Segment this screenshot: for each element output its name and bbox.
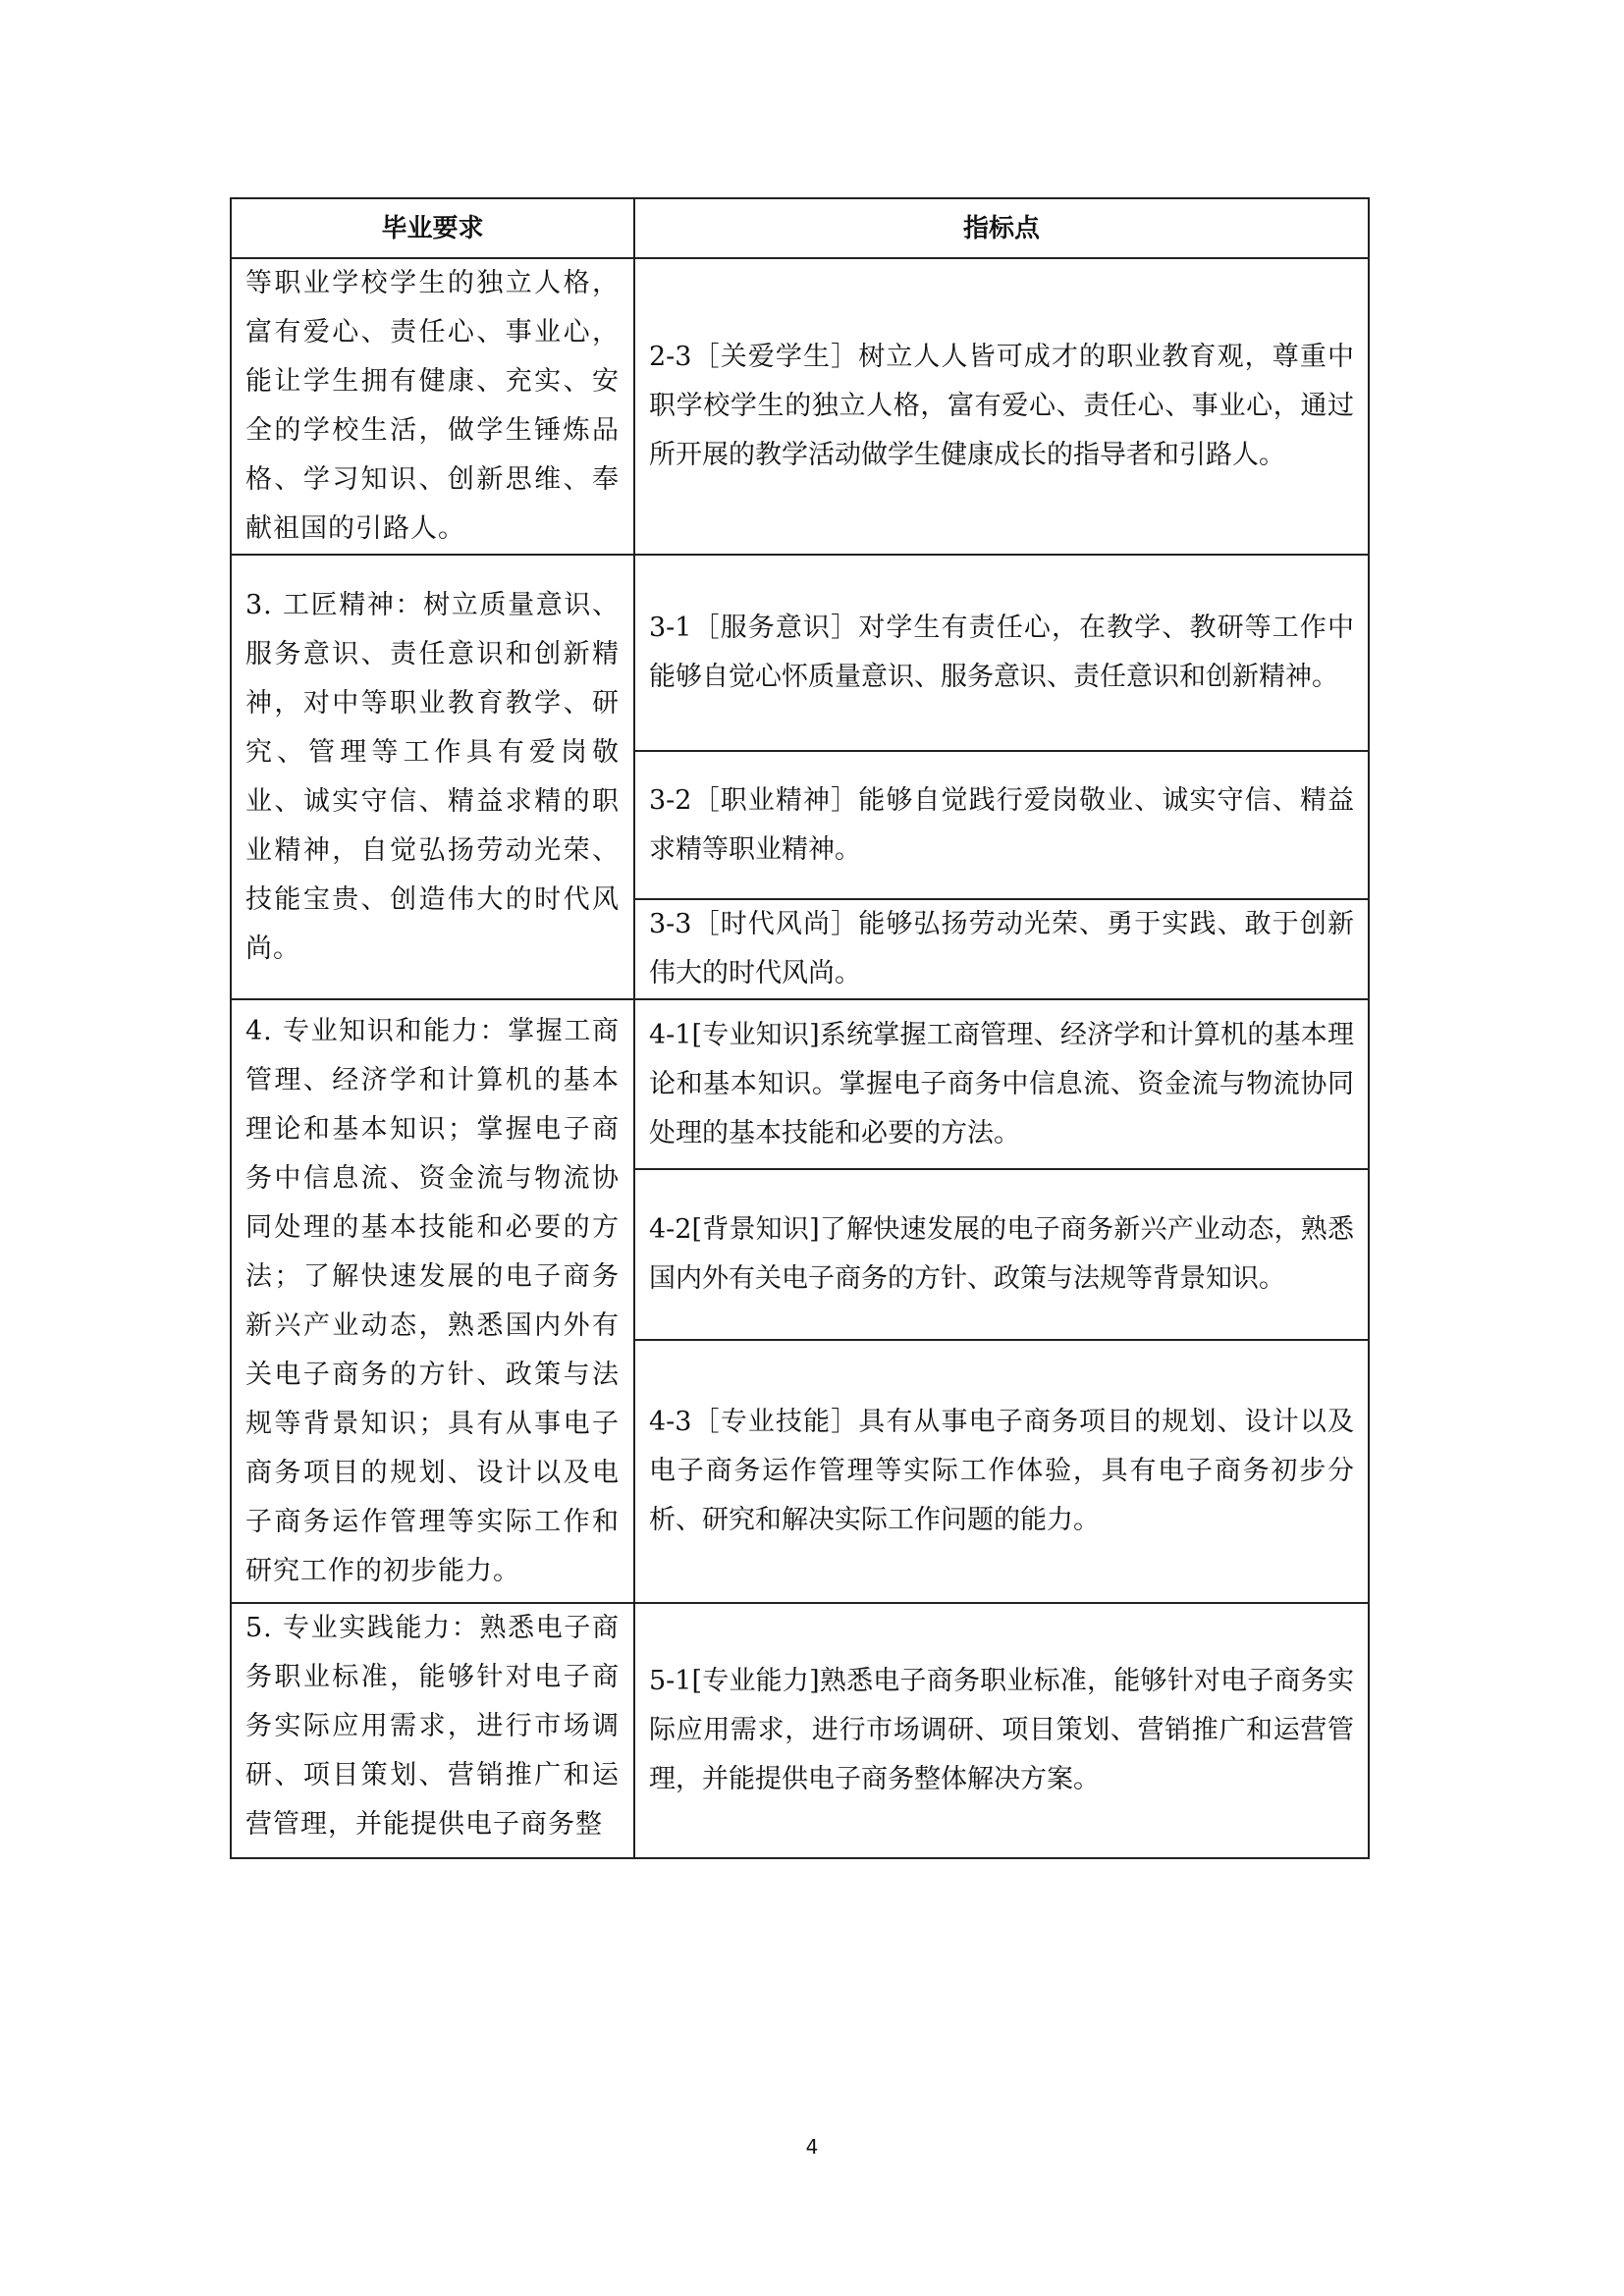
requirement-cell: 3. 工匠精神：树立质量意识、服务意识、责任意识和创新精神，对中等职业教育教学、… — [231, 555, 634, 999]
table-row: 3. 工匠精神：树立质量意识、服务意识、责任意识和创新精神，对中等职业教育教学、… — [231, 555, 1369, 751]
document-page: 毕业要求 指标点 等职业学校学生的独立人格，富有爱心、责任心、事业心，能让学生拥… — [0, 0, 1624, 2296]
page-number: 4 — [0, 2135, 1624, 2159]
indicator-cell: 3-2［职业精神］能够自觉践行爱岗敬业、诚实守信、精益求精等职业精神。 — [634, 751, 1369, 899]
indicator-cell: 2-3［关爱学生］树立人人皆可成才的职业教育观，尊重中职学校学生的独立人格，富有… — [634, 258, 1369, 555]
table-row: 5. 专业实践能力：熟悉电子商务职业标准，能够针对电子商务实际应用需求，进行市场… — [231, 1603, 1369, 1858]
indicator-cell: 3-1［服务意识］对学生有责任心，在教学、教研等工作中能够自觉心怀质量意识、服务… — [634, 555, 1369, 751]
table-row: 等职业学校学生的独立人格，富有爱心、责任心、事业心，能让学生拥有健康、充实、安全… — [231, 258, 1369, 555]
table-row: 4. 专业知识和能力：掌握工商管理、经济学和计算机的基本理论和基本知识；掌握电子… — [231, 999, 1369, 1169]
table-header-row: 毕业要求 指标点 — [231, 198, 1369, 258]
indicator-cell: 4-1[专业知识]系统掌握工商管理、经济学和计算机的基本理论和基本知识。掌握电子… — [634, 999, 1369, 1169]
header-requirement: 毕业要求 — [231, 198, 634, 258]
requirement-cell: 4. 专业知识和能力：掌握工商管理、经济学和计算机的基本理论和基本知识；掌握电子… — [231, 999, 634, 1603]
graduation-requirements-table: 毕业要求 指标点 等职业学校学生的独立人格，富有爱心、责任心、事业心，能让学生拥… — [230, 197, 1370, 1859]
requirement-cell: 5. 专业实践能力：熟悉电子商务职业标准，能够针对电子商务实际应用需求，进行市场… — [231, 1603, 634, 1858]
indicator-cell: 3-3［时代风尚］能够弘扬劳动光荣、勇于实践、敢于创新伟大的时代风尚。 — [634, 899, 1369, 999]
indicator-cell: 4-3［专业技能］具有从事电子商务项目的规划、设计以及电子商务运作管理等实际工作… — [634, 1340, 1369, 1603]
requirement-cell: 等职业学校学生的独立人格，富有爱心、责任心、事业心，能让学生拥有健康、充实、安全… — [231, 258, 634, 555]
indicator-cell: 5-1[专业能力]熟悉电子商务职业标准，能够针对电子商务实际应用需求，进行市场调… — [634, 1603, 1369, 1858]
header-indicator: 指标点 — [634, 198, 1369, 258]
indicator-cell: 4-2[背景知识]了解快速发展的电子商务新兴产业动态，熟悉国内外有关电子商务的方… — [634, 1169, 1369, 1340]
